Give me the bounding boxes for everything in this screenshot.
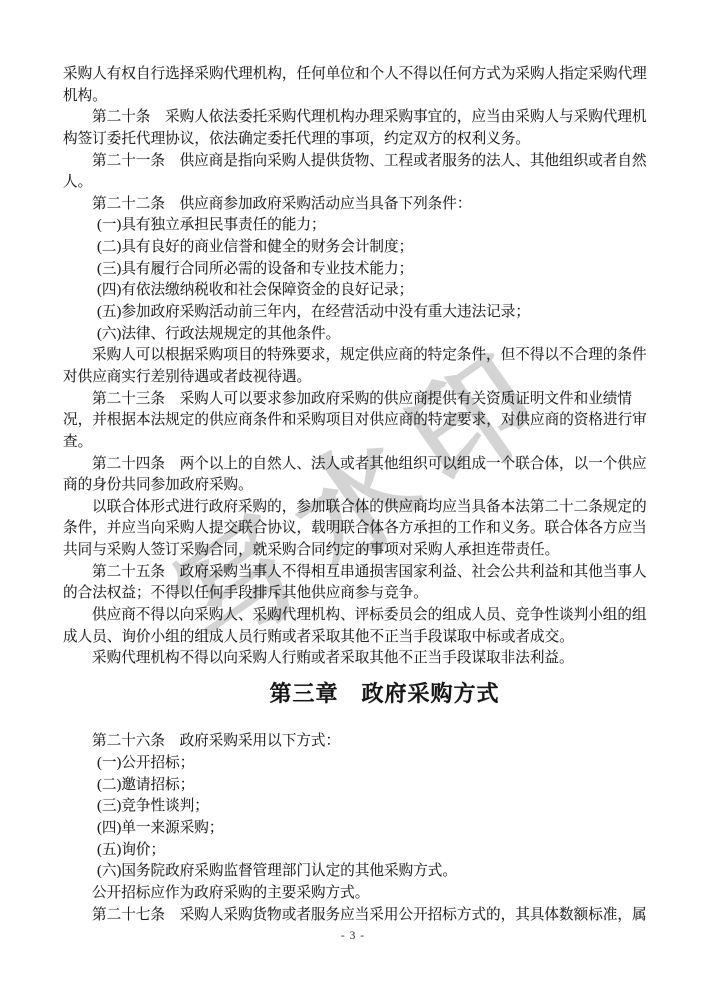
text-line: 的合法权益；不得以任何手段排斥其他供应商参与竞争。 <box>63 583 706 605</box>
page-content: 采购人有权自行选择采购代理机构，任何单位和个人不得以任何方式为采购人指定采购代理… <box>0 0 706 926</box>
text-line: 采购代理机构不得以向采购人行贿或者采取其他不正当手段谋取非法利益。 <box>63 648 706 670</box>
text-line: 第二十五条 政府采购当事人不得相互串通损害国家利益、社会公共利益和其他当事人 <box>63 562 706 584</box>
text-line: (二)具有良好的商业信誉和健全的财务会计制度； <box>63 237 706 259</box>
text-line: 采购人可以根据采购项目的特殊要求，规定供应商的特定条件，但不得以不合理的条件 <box>63 345 706 367</box>
page-number: - 3 - <box>0 930 706 942</box>
text-line: 成人员、询价小组的组成人员行贿或者采取其他不正当手段谋取中标或者成交。 <box>63 627 706 649</box>
body-text-block-1: 采购人有权自行选择采购代理机构，任何单位和个人不得以任何方式为采购人指定采购代理… <box>63 64 706 670</box>
text-line: 条件，并应当向采购人提交联合协议，载明联合体各方承担的工作和义务。联合体各方应当 <box>63 518 706 540</box>
text-line: (六)法律、行政法规规定的其他条件。 <box>63 324 706 346</box>
text-line: 共同与采购人签订采购合同，就采购合同约定的事项对采购人承担连带责任。 <box>63 540 706 562</box>
text-line: 第二十四条 两个以上的自然人、法人或者其他组织可以组成一个联合体，以一个供应 <box>63 454 706 476</box>
text-line: (四)单一来源采购； <box>63 818 706 840</box>
text-line: (四)有依法缴纳税收和社会保障资金的良好记录； <box>63 280 706 302</box>
text-line: 况，并根据本法规定的供应商条件和采购项目对供应商的特定要求，对供应商的资格进行审 <box>63 410 706 432</box>
text-line: 第二十一条 供应商是指向采购人提供货物、工程或者服务的法人、其他组织或者自然 <box>63 151 706 173</box>
text-line: (二)邀请招标； <box>63 775 706 797</box>
text-line: 第二十三条 采购人可以要求参加政府采购的供应商提供有关资质证明文件和业绩情 <box>63 389 706 411</box>
text-line: 查。 <box>63 432 706 454</box>
text-line: 构签订委托代理协议，依法确定委托代理的事项，约定双方的权利义务。 <box>63 129 706 151</box>
text-line: 以联合体形式进行政府采购的，参加联合体的供应商均应当具备本法第二十二条规定的 <box>63 497 706 519</box>
text-line: 商的身份共同参加政府采购。 <box>63 475 706 497</box>
text-line: (三)竞争性谈判； <box>63 796 706 818</box>
chapter-heading: 第三章 政府采购方式 <box>63 680 706 708</box>
body-text-block-2: 第二十六条 政府采购采用以下方式：(一)公开招标；(二)邀请招标；(三)竞争性谈… <box>63 731 706 926</box>
text-line: (一)具有独立承担民事责任的能力； <box>63 215 706 237</box>
text-line: 第二十二条 供应商参加政府采购活动应当具备下列条件： <box>63 194 706 216</box>
text-line: (五)询价； <box>63 840 706 862</box>
text-line: (五)参加政府采购活动前三年内，在经营活动中没有重大违法记录； <box>63 302 706 324</box>
text-line: (三)具有履行合同所必需的设备和专业技术能力； <box>63 259 706 281</box>
document-page: 写水印 采购人有权自行选择采购代理机构，任何单位和个人不得以任何方式为采购人指定… <box>0 0 706 1000</box>
text-line: 第二十六条 政府采购采用以下方式： <box>63 731 706 753</box>
text-line: (六)国务院政府采购监督管理部门认定的其他采购方式。 <box>63 861 706 883</box>
text-line: 公开招标应作为政府采购的主要采购方式。 <box>63 883 706 905</box>
text-line: 第二十条 采购人依法委托采购代理机构办理采购事宜的，应当由采购人与采购代理机 <box>63 107 706 129</box>
text-line: 采购人有权自行选择采购代理机构，任何单位和个人不得以任何方式为采购人指定采购代理 <box>63 64 706 86</box>
text-line: (一)公开招标； <box>63 753 706 775</box>
text-line: 第二十七条 采购人采购货物或者服务应当采用公开招标方式的，其具体数额标准，属 <box>63 905 706 927</box>
text-line: 人。 <box>63 172 706 194</box>
text-line: 机构。 <box>63 86 706 108</box>
text-line: 供应商不得以向采购人、采购代理机构、评标委员会的组成人员、竞争性谈判小组的组 <box>63 605 706 627</box>
text-line: 对供应商实行差别待遇或者歧视待遇。 <box>63 367 706 389</box>
